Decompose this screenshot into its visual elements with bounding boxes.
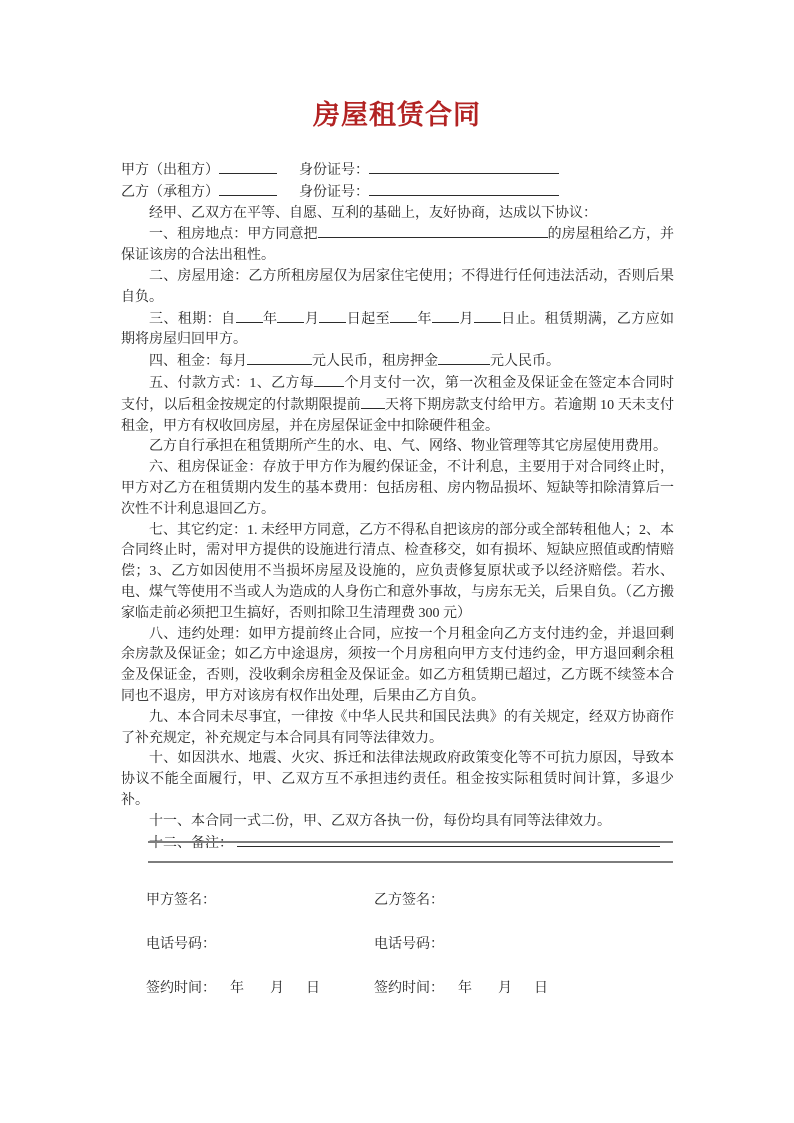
remarks-blank-line-2[interactable] xyxy=(148,841,673,843)
clause-5: 五、付款方式：1、乙方每个月支付一次，第一次租金及保证金在签定本合同时支付，以后… xyxy=(121,373,674,437)
party-a-label: 甲方（出租方） xyxy=(121,163,219,178)
clause-7: 七、其它约定：1. 未经甲方同意，乙方不得私自把该房的部分或全部转租他人；2、本… xyxy=(121,521,674,625)
party-b-date-row: 签约时间：年月日 xyxy=(374,977,706,1021)
party-b-row: 乙方（承租方）身份证号： xyxy=(121,182,674,204)
contract-body: 甲方（出租方）身份证号： 乙方（承租方）身份证号： 经甲、乙双方在平等、自愿、互… xyxy=(121,160,674,854)
party-a-month-label: 月 xyxy=(270,981,284,996)
clause-4: 四、租金：每月元人民币，租房押金元人民币。 xyxy=(121,351,674,373)
remarks-label: 十二、备注： xyxy=(149,836,233,851)
deposit-blank[interactable] xyxy=(438,351,490,365)
clause-10: 十、如因洪水、地震、火灾、拆迁和法律法规政府政策变化等不可抗力原因，导致本协议不… xyxy=(121,749,674,811)
clause-2: 二、房屋用途：乙方所租房屋仅为居家住宅使用；不得进行任何违法活动，否则后果自负。 xyxy=(121,267,674,309)
clause-1-text: 一、租房地点：甲方同意把 xyxy=(149,227,318,242)
party-b-sign-label[interactable]: 乙方签名： xyxy=(374,889,706,933)
party-b-phone-label[interactable]: 电话号码： xyxy=(374,933,706,977)
clause-12-remarks: 十二、备注： xyxy=(121,833,674,855)
party-b-day-label: 日 xyxy=(534,981,548,996)
end-month-blank[interactable] xyxy=(432,309,459,323)
clause-1: 一、租房地点：甲方同意把的房屋租给乙方，并保证该房的合法出租性。 xyxy=(121,224,674,267)
clause-11: 十一、本合同一式二份，甲、乙双方各执一份，每份均具有同等法律效力。 xyxy=(121,812,674,833)
party-a-name-blank[interactable] xyxy=(219,160,277,174)
clause-3-to-label: 日起至 xyxy=(346,312,390,327)
remarks-blank-line-3[interactable] xyxy=(148,861,673,863)
party-b-year-label: 年 xyxy=(458,981,472,996)
start-day-blank[interactable] xyxy=(319,309,346,323)
document-title: 房屋租赁合同 xyxy=(0,97,794,133)
party-a-date-row: 签约时间：年月日 xyxy=(146,977,374,1021)
clause-4-text-3: 元人民币。 xyxy=(490,354,560,369)
clause-5-utilities: 乙方自行承担在租赁期所产生的水、电、气、网络、物业管理等其它房屋使用费用。 xyxy=(121,437,674,458)
end-day-blank[interactable] xyxy=(474,309,501,323)
signature-block: 甲方签名： 乙方签名： 电话号码： 电话号码： 签约时间：年月日 签约时间：年月… xyxy=(146,889,706,1021)
remarks-blank-line-1[interactable] xyxy=(237,833,660,847)
party-a-id-blank[interactable] xyxy=(369,160,559,174)
clause-3-month2-label: 月 xyxy=(459,312,474,327)
clause-3-year-label: 年 xyxy=(263,312,278,327)
party-b-id-blank[interactable] xyxy=(369,182,559,196)
party-b-name-blank[interactable] xyxy=(219,182,277,196)
monthly-rent-blank[interactable] xyxy=(247,351,312,365)
clause-3: 三、租期：自年月日起至年月日止。租赁期满，乙方应如期将房屋归回甲方。 xyxy=(121,309,674,352)
party-b-month-label: 月 xyxy=(498,981,512,996)
party-a-date-label[interactable]: 签约时间： xyxy=(146,981,216,996)
party-a-sign-label[interactable]: 甲方签名： xyxy=(146,889,374,933)
start-month-blank[interactable] xyxy=(277,309,304,323)
clause-4-text: 四、租金：每月 xyxy=(149,354,247,369)
party-b-id-label: 身份证号： xyxy=(299,185,369,200)
party-a-row: 甲方（出租方）身份证号： xyxy=(121,160,674,182)
party-b-label: 乙方（承租方） xyxy=(121,185,219,200)
clause-4-text-2: 元人民币，租房押金 xyxy=(312,354,438,369)
party-a-phone-label[interactable]: 电话号码： xyxy=(146,933,374,977)
clause-6: 六、租房保证金：存放于甲方作为履约保证金，不计利息，主要用于对合同终止时，甲方对… xyxy=(121,458,674,520)
clause-8: 八、违约处理：如甲方提前终止合同，应按一个月租金向乙方支付违约金，并退回剩余房款… xyxy=(121,625,674,708)
clause-3-year2-label: 年 xyxy=(417,312,432,327)
clause-9: 九、本合同未尽事宜，一律按《中华人民共和国民法典》的有关规定，经双方协商作了补充… xyxy=(121,708,674,750)
clause-3-month-label: 月 xyxy=(304,312,319,327)
end-year-blank[interactable] xyxy=(390,309,417,323)
party-b-date-label[interactable]: 签约时间： xyxy=(374,981,444,996)
clause-5-text: 五、付款方式：1、乙方每 xyxy=(149,376,314,391)
rental-address-blank[interactable] xyxy=(318,224,548,238)
party-a-year-label: 年 xyxy=(230,981,244,996)
contract-page: 房屋租赁合同 甲方（出租方）身份证号： 乙方（承租方）身份证号： 经甲、乙双方在… xyxy=(0,0,794,1123)
advance-days-blank[interactable] xyxy=(361,395,385,409)
intro-paragraph: 经甲、乙双方在平等、自愿、互利的基础上，友好协商，达成以下协议： xyxy=(121,204,674,225)
party-a-id-label: 身份证号： xyxy=(299,163,369,178)
payment-interval-blank[interactable] xyxy=(314,373,344,387)
clause-3-text: 三、租期：自 xyxy=(149,312,236,327)
party-a-day-label: 日 xyxy=(306,981,320,996)
start-year-blank[interactable] xyxy=(236,309,263,323)
